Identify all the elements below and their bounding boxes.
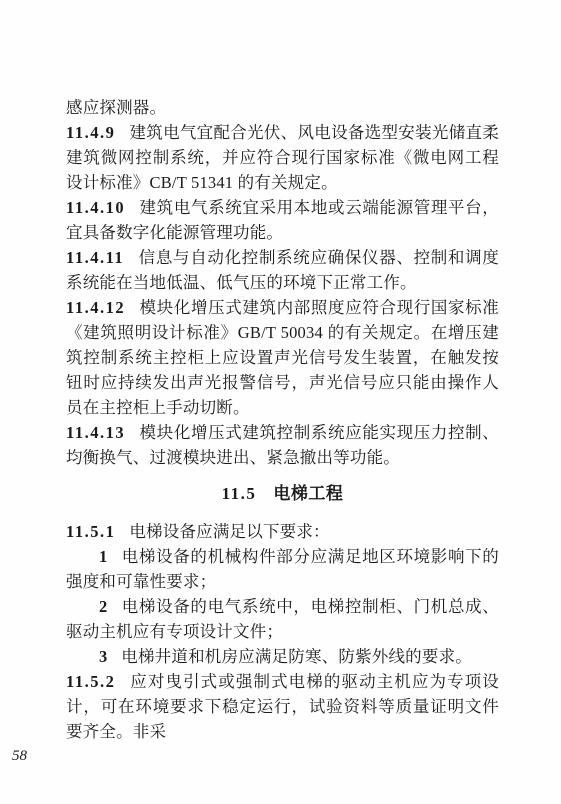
text-column: 感应探测器。11.4.9建筑电气宜配合光伏、风电设备选型安装光储直柔建筑微网控制…: [0, 0, 561, 744]
clause-text: 建筑电气系统宜采用本地或云端能源管理平台，宜具备数字化能源管理功能。: [66, 198, 499, 242]
clause-number: 11.4.13: [66, 423, 125, 442]
clause-text: 应对曳引式或强制式电梯的驱动主机应为专项设计，可在环境要求下稳定运行，试验资料等…: [66, 672, 499, 741]
clause-text: 电梯设备的电气系统中，电梯控制柜、门机总成、驱动主机应有专项设计文件；: [66, 597, 499, 641]
document-page: 感应探测器。11.4.9建筑电气宜配合光伏、风电设备选型安装光储直柔建筑微网控制…: [0, 0, 561, 804]
subitem-paragraph: 2电梯设备的电气系统中，电梯控制柜、门机总成、驱动主机应有专项设计文件；: [66, 594, 499, 644]
clause-text: 模块化增压式建筑控制系统应能实现压力控制、均衡换气、过渡模块进出、紧急撤出等功能…: [66, 423, 499, 467]
clause-number: 11.4.9: [66, 123, 115, 142]
clause-number: 3: [99, 647, 107, 666]
subitem-paragraph: 1电梯设备的机械构件部分应满足地区环境影响下的强度和可靠性要求；: [66, 544, 499, 594]
clause-paragraph: 11.4.9建筑电气宜配合光伏、风电设备选型安装光储直柔建筑微网控制系统，并应符…: [66, 120, 499, 195]
clause-text: 信息与自动化控制系统应确保仪器、控制和调度系统能在当地低温、低气压的环境下正常工…: [66, 248, 499, 292]
clause-paragraph: 11.5.2应对曳引式或强制式电梯的驱动主机应为专项设计，可在环境要求下稳定运行…: [66, 669, 499, 744]
clause-text: 电梯设备的机械构件部分应满足地区环境影响下的强度和可靠性要求；: [66, 547, 499, 591]
clause-paragraph: 11.4.10建筑电气系统宜采用本地或云端能源管理平台，宜具备数字化能源管理功能…: [66, 195, 499, 245]
clause-text: 建筑电气宜配合光伏、风电设备选型安装光储直柔建筑微网控制系统，并应符合现行国家标…: [66, 123, 499, 192]
subitem-paragraph: 3电梯井道和机房应满足防寒、防紫外线的要求。: [66, 644, 499, 669]
clause-paragraph: 11.5.1电梯设备应满足以下要求：: [66, 519, 499, 544]
continuation-paragraph: 感应探测器。: [66, 95, 499, 120]
clause-number: 11.4.10: [66, 198, 125, 217]
page-number: 58: [0, 744, 561, 769]
clause-text: 电梯井道和机房应满足防寒、防紫外线的要求。: [121, 647, 472, 666]
section-heading-number: 11.5: [222, 484, 257, 503]
section-heading: 11.5电梯工程: [66, 481, 499, 506]
clause-number: 11.5.1: [66, 522, 115, 541]
section-heading-text: 电梯工程: [273, 484, 343, 503]
clause-paragraph: 11.4.11信息与自动化控制系统应确保仪器、控制和调度系统能在当地低温、低气压…: [66, 245, 499, 295]
clause-number: 11.5.2: [66, 672, 115, 691]
clause-text: 模块化增压式建筑内部照度应符合现行国家标准《建筑照明设计标准》GB/T 5003…: [66, 298, 499, 417]
clause-paragraph: 11.4.12模块化增压式建筑内部照度应符合现行国家标准《建筑照明设计标准》GB…: [66, 295, 499, 420]
clause-number: 11.4.12: [66, 298, 125, 317]
clause-text: 感应探测器。: [66, 98, 166, 117]
clause-number: 11.4.11: [66, 248, 124, 267]
clause-text: 电梯设备应满足以下要求：: [129, 522, 329, 541]
clause-number: 1: [99, 547, 107, 566]
clause-paragraph: 11.4.13模块化增压式建筑控制系统应能实现压力控制、均衡换气、过渡模块进出、…: [66, 420, 499, 470]
clause-number: 2: [99, 597, 107, 616]
